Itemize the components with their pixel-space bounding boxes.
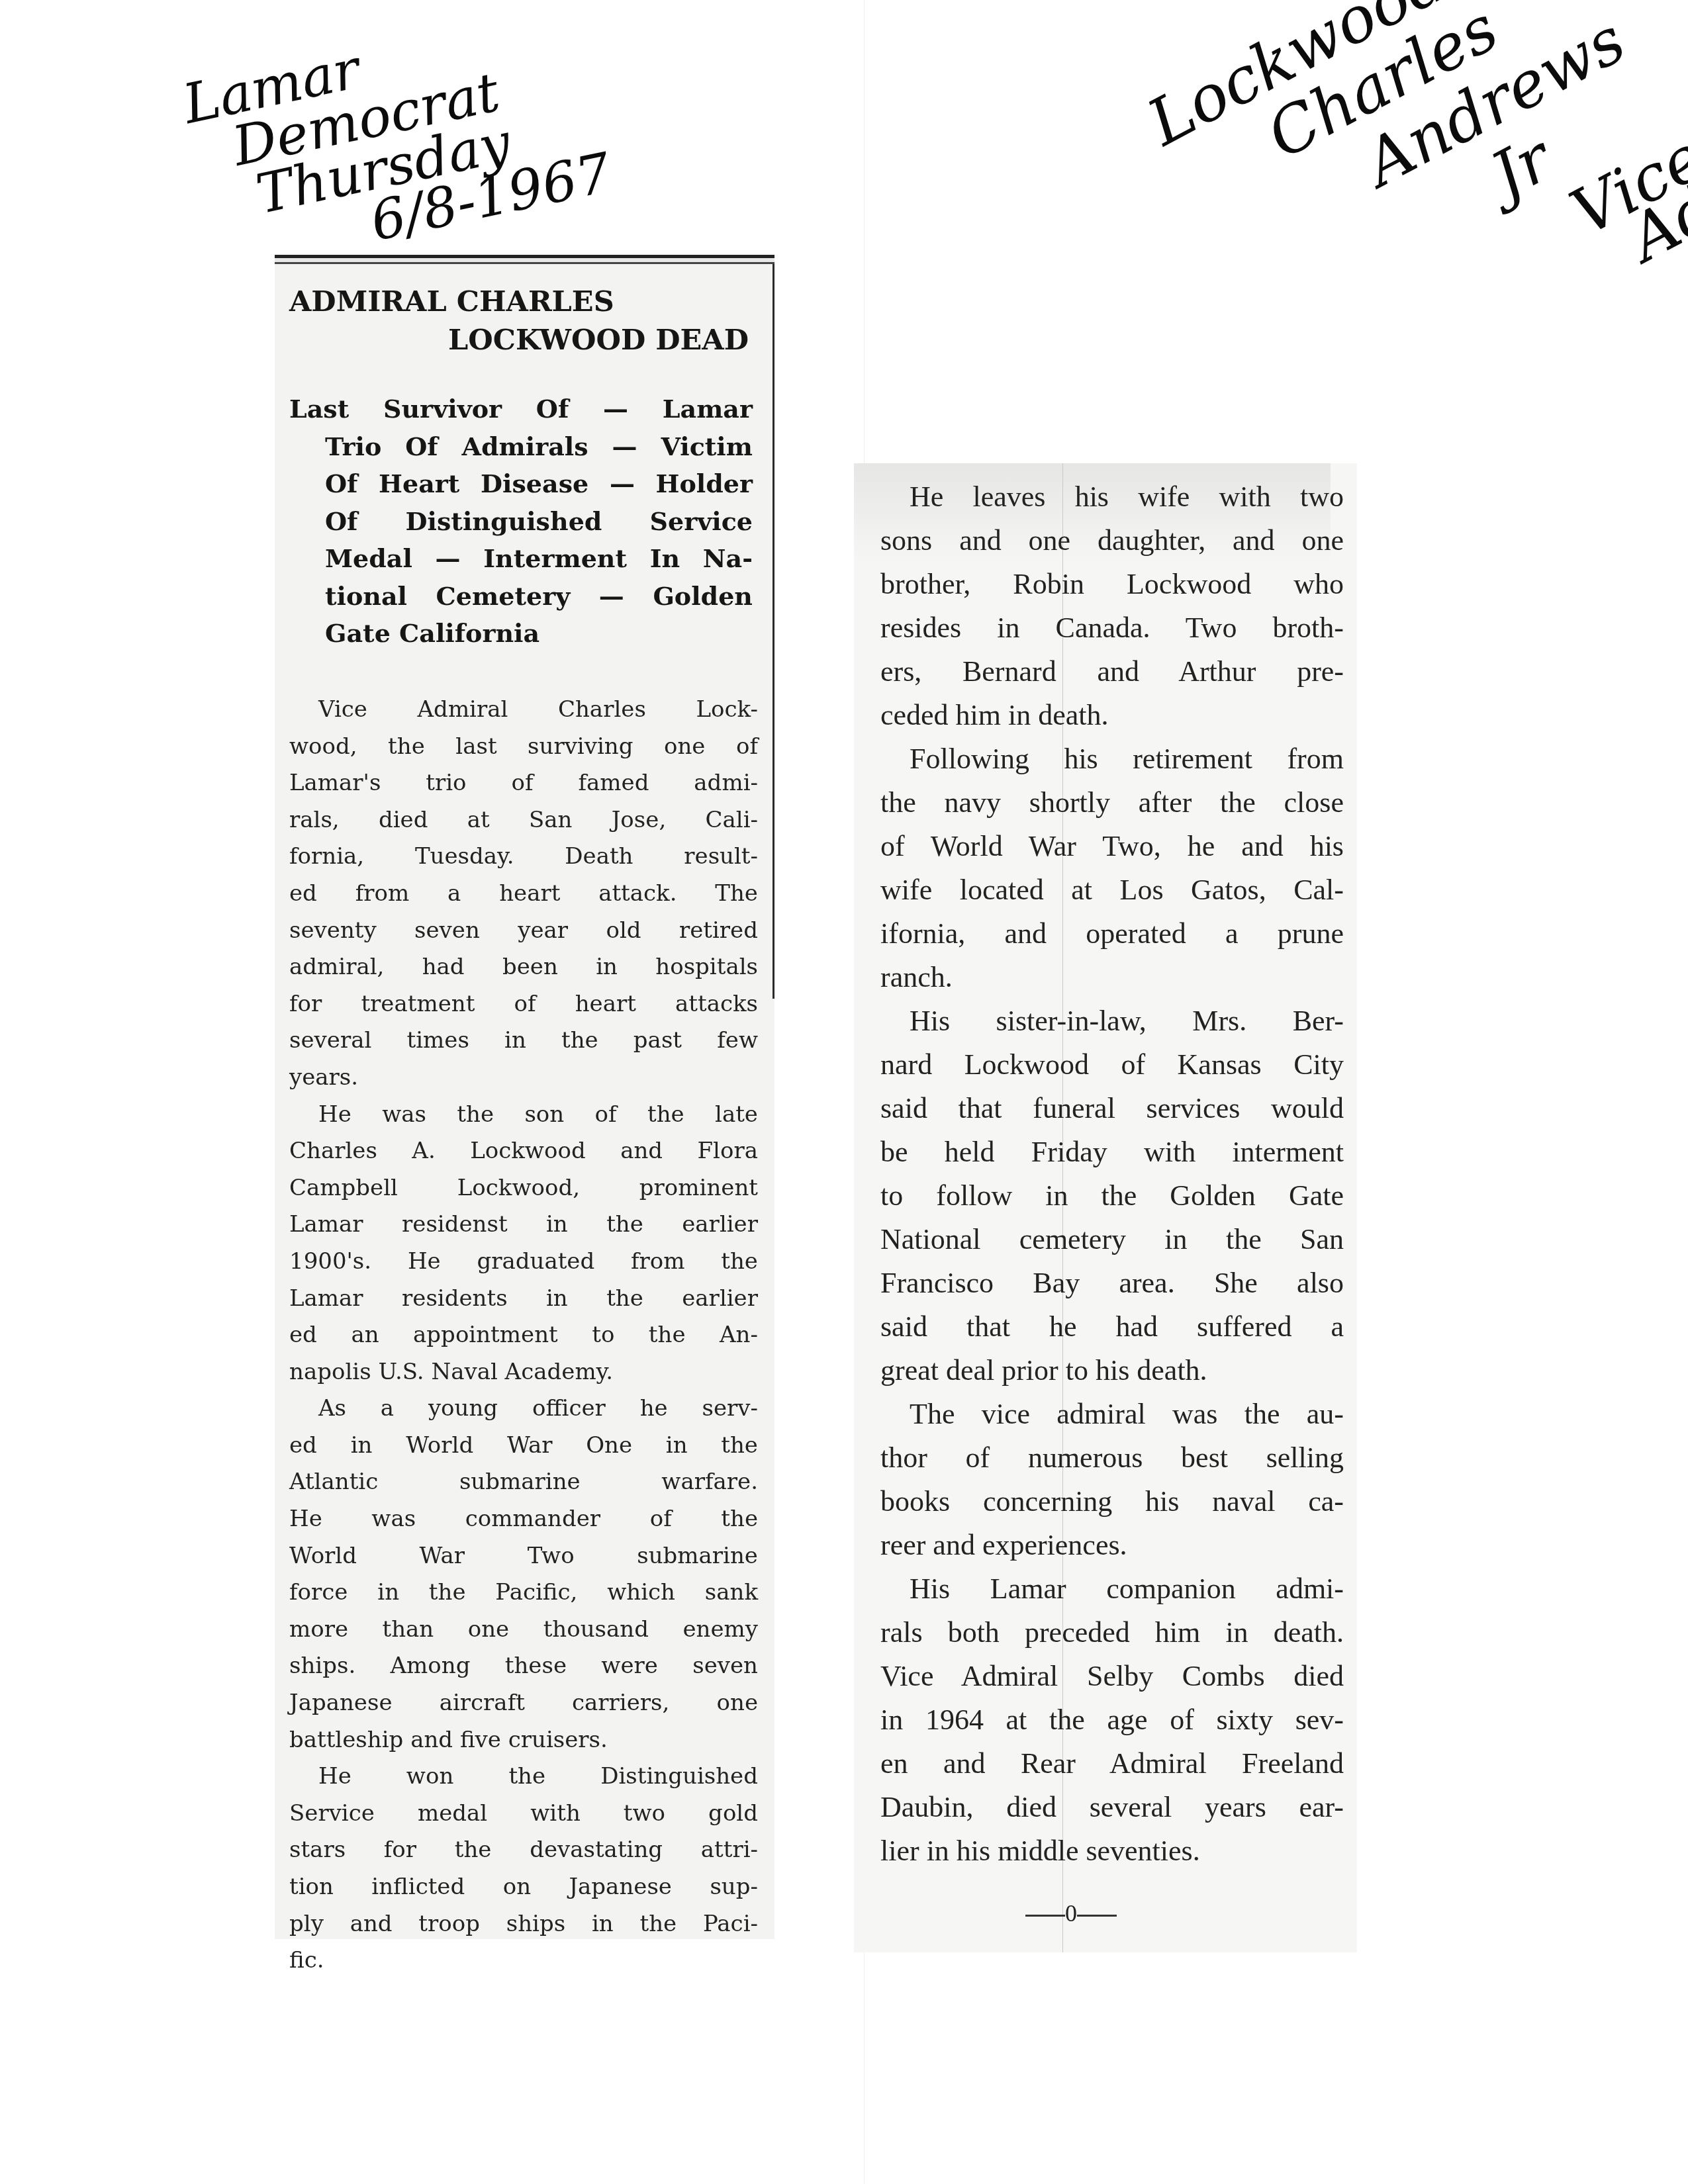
- body-line: Lamar residents in the earlier: [289, 1281, 758, 1318]
- end-mark-symbol: 0: [1065, 1900, 1077, 1927]
- body-line: World War Two submarine: [289, 1538, 758, 1575]
- column-top-rule: [275, 255, 774, 264]
- body-line: Service medal with two gold: [289, 1796, 758, 1833]
- body-line: rals both preceded him in death.: [880, 1611, 1344, 1655]
- body-line: resides in Canada. Two broth-: [880, 606, 1344, 650]
- body-line: Following his retirement from: [880, 737, 1344, 781]
- body-line: en and Rear Admiral Freeland: [880, 1742, 1344, 1786]
- end-mark-dash-left: [1025, 1915, 1065, 1917]
- body-line: Daubin, died several years ear-: [880, 1786, 1344, 1829]
- body-line: He leaves his wife with two: [880, 475, 1344, 519]
- body-line: ceded him in death.: [880, 694, 1344, 737]
- body-line: ed an appointment to the An-: [289, 1317, 758, 1354]
- deck-line: Of Heart Disease — Holder: [289, 465, 753, 503]
- body-line: sons and one daughter, and one: [880, 519, 1344, 563]
- body-line: years.: [289, 1060, 758, 1097]
- body-line: The vice admiral was the au-: [880, 1392, 1344, 1436]
- body-line: He was commander of the: [289, 1501, 758, 1538]
- body-line: ifornia, and operated a prune: [880, 912, 1344, 956]
- body-line: more than one thousand enemy: [289, 1612, 758, 1649]
- body-line: stars for the devastating attri-: [289, 1832, 758, 1869]
- body-line: be held Friday with interment: [880, 1130, 1344, 1174]
- column-divider-rule: [773, 264, 774, 999]
- body-line: for treatment of heart attacks: [289, 986, 758, 1023]
- body-line: 1900's. He graduated from the: [289, 1244, 758, 1281]
- clipping-left-column: ADMIRAL CHARLES LOCKWOOD DEAD Last Survi…: [275, 255, 774, 1939]
- body-line: As a young officer he serv-: [289, 1390, 758, 1428]
- article-subheadline: Last Survivor Of — Lamar Trio Of Admiral…: [289, 390, 753, 653]
- body-line: lier in his middle seventies.: [880, 1829, 1344, 1873]
- body-line: force in the Pacific, which sank: [289, 1574, 758, 1612]
- body-line: seventy seven year old retired: [289, 913, 758, 950]
- body-line: ply and troop ships in the Paci-: [289, 1906, 758, 1943]
- body-line: reer and experiences.: [880, 1524, 1344, 1567]
- body-line: fic.: [289, 1942, 758, 1979]
- body-line: tion inflicted on Japanese sup-: [289, 1869, 758, 1906]
- body-line: brother, Robin Lockwood who: [880, 563, 1344, 606]
- body-line: ranch.: [880, 956, 1344, 999]
- body-line: His Lamar companion admi-: [880, 1567, 1344, 1611]
- headline-line-2: LOCKWOOD DEAD: [289, 321, 753, 359]
- body-line: the navy shortly after the close: [880, 781, 1344, 825]
- body-line: napolis U.S. Naval Academy.: [289, 1354, 758, 1391]
- deck-line: Last Survivor Of — Lamar: [289, 390, 753, 428]
- body-line: Campbell Lockwood, prominent: [289, 1170, 758, 1207]
- body-line: several times in the past few: [289, 1023, 758, 1060]
- body-line: rals, died at San Jose, Cali-: [289, 802, 758, 839]
- end-mark-dash-right: [1077, 1915, 1117, 1917]
- body-line: nard Lockwood of Kansas City: [880, 1043, 1344, 1087]
- deck-line: Gate California: [289, 615, 753, 653]
- body-line: His sister-in-law, Mrs. Ber-: [880, 999, 1344, 1043]
- headline-line-1: ADMIRAL CHARLES: [289, 283, 753, 321]
- body-line: Vice Admiral Charles Lock-: [289, 692, 758, 729]
- body-line: battleship and five cruisers.: [289, 1722, 758, 1759]
- deck-line: tional Cemetery — Golden: [289, 578, 753, 615]
- article-headline: ADMIRAL CHARLES LOCKWOOD DEAD: [289, 283, 753, 359]
- deck-line: Trio Of Admirals — Victim: [289, 428, 753, 466]
- deck-line: Of Distinguished Service: [289, 503, 753, 541]
- clipping-right-column: He leaves his wife with two sons and one…: [854, 463, 1357, 1952]
- body-line: books concerning his naval ca-: [880, 1480, 1344, 1524]
- body-line: Atlantic submarine warfare.: [289, 1464, 758, 1501]
- article-body-right: He leaves his wife with two sons and one…: [880, 475, 1344, 1873]
- body-line: He was the son of the late: [289, 1097, 758, 1134]
- handwritten-source-note: Lamar Democrat Thursday 6/8-1967: [179, 0, 616, 283]
- body-line: Charles A. Lockwood and Flora: [289, 1133, 758, 1170]
- body-line: ed from a heart attack. The: [289, 876, 758, 913]
- body-line: ships. Among these were seven: [289, 1648, 758, 1685]
- body-line: said that funeral services would: [880, 1087, 1344, 1130]
- body-line: Vice Admiral Selby Combs died: [880, 1655, 1344, 1698]
- body-line: wood, the last surviving one of: [289, 729, 758, 766]
- article-end-mark: 0: [1005, 1899, 1137, 1926]
- article-body-left: Vice Admiral Charles Lock- wood, the las…: [289, 692, 758, 1979]
- deck-line: Medal — Interment In Na-: [289, 540, 753, 578]
- handwritten-subject-note: Lockwood, Charles Andrews Jr Vice Admira…: [1139, 0, 1688, 445]
- body-line: ers, Bernard and Arthur pre-: [880, 650, 1344, 694]
- body-line: National cemetery in the San: [880, 1218, 1344, 1261]
- body-line: Japanese aircraft carriers, one: [289, 1685, 758, 1722]
- body-line: ed in World War One in the: [289, 1428, 758, 1465]
- body-line: thor of numerous best selling: [880, 1436, 1344, 1480]
- body-line: of World War Two, he and his: [880, 825, 1344, 868]
- body-line: in 1964 at the age of sixty sev-: [880, 1698, 1344, 1742]
- body-line: admiral, had been in hospitals: [289, 949, 758, 986]
- body-line: fornia, Tuesday. Death result-: [289, 839, 758, 876]
- body-line: Lamar's trio of famed admi-: [289, 765, 758, 802]
- body-line: said that he had suffered a: [880, 1305, 1344, 1349]
- body-line: great deal prior to his death.: [880, 1349, 1344, 1392]
- body-line: Lamar residenst in the earlier: [289, 1206, 758, 1244]
- body-line: to follow in the Golden Gate: [880, 1174, 1344, 1218]
- body-line: He won the Distinguished: [289, 1758, 758, 1796]
- body-line: Francisco Bay area. She also: [880, 1261, 1344, 1305]
- body-line: wife located at Los Gatos, Cal-: [880, 868, 1344, 912]
